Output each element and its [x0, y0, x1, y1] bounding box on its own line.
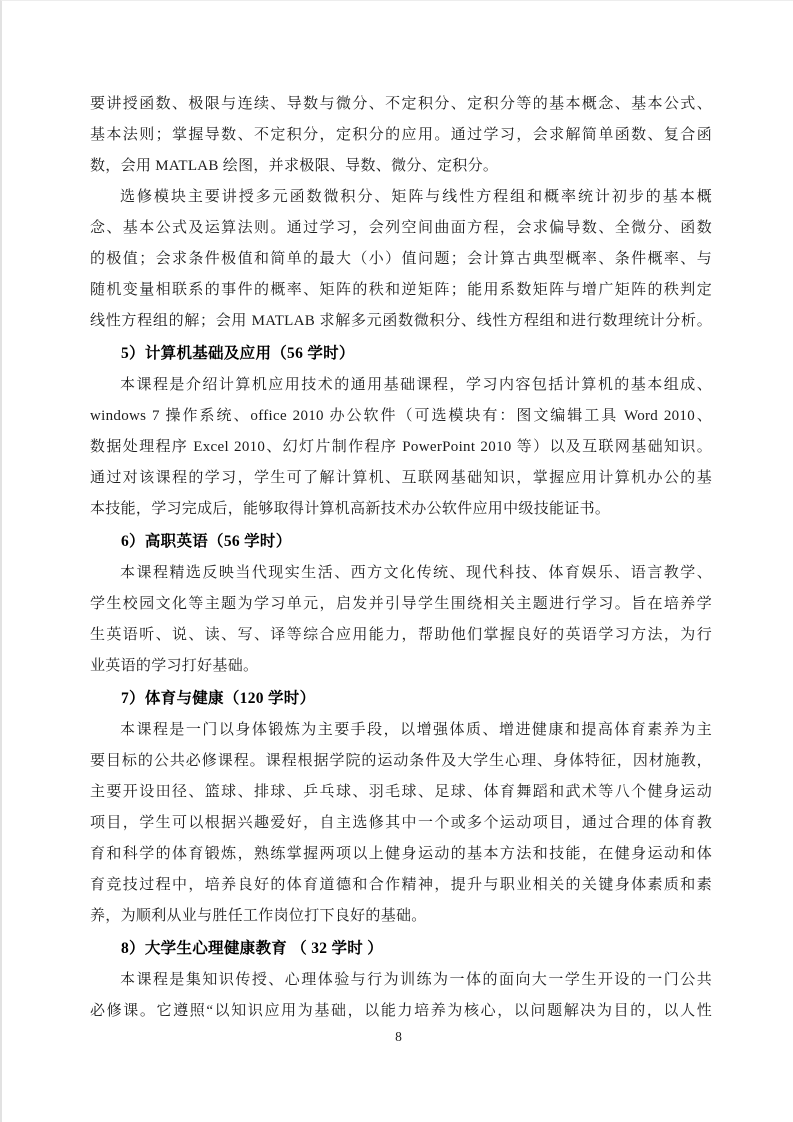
body-text-line: 线性方程组的解；会用 MATLAB 求解多元函数微积分、线性方程组和进行数理统计… [90, 306, 712, 337]
body-text-line: 通过对该课程的学习，学生可了解计算机、互联网基础知识，掌握应用计算机办公的基 [90, 463, 712, 494]
body-text-line: 主要开设田径、篮球、排球、乒乓球、羽毛球、足球、体育舞蹈和武术等八个健身运动 [90, 777, 712, 808]
body-text-line: 本课程是集知识传授、心理体验与行为训练为一体的面向大一学生开设的一门公共 [90, 965, 712, 996]
page-number: 8 [2, 1027, 793, 1047]
body-text-line: 基本法则；掌握导数、不定积分，定积分的应用。通过学习，会求解简单函数、复合函 [90, 120, 712, 151]
body-text-line: 育竞技过程中，培养良好的体育道德和合作精神，提升与职业相关的关键身体素质和素 [90, 870, 712, 901]
body-text-line: 养，为顺利从业与胜任工作岗位打下良好的基础。 [90, 901, 712, 932]
section-6-heading: 6）高职英语（56 学时） [90, 525, 712, 558]
body-text-line: 学生校园文化等主题为学习单元，启发并引导学生围绕相关主题进行学习。旨在培养学 [90, 589, 712, 620]
body-text-line: 念、基本公式及运算法则。通过学习，会列空间曲面方程，会求偏导数、全微分、函数 [90, 213, 712, 244]
body-text-line: 选修模块主要讲授多元函数微积分、矩阵与线性方程组和概率统计初步的基本概 [90, 182, 712, 213]
body-text-line: 本课程精选反映当代现实生活、西方文化传统、现代科技、体育娱乐、语言教学、 [90, 558, 712, 589]
page-body-text: 要讲授函数、极限与连续、导数与微分、不定积分、定积分等的基本概念、基本公式、 基… [90, 89, 712, 1027]
body-text-line: windows 7 操作系统、office 2010 办公软件（可选模块有：图文… [90, 401, 712, 432]
body-text-line: 生英语听、说、读、写、译等综合应用能力，帮助他们掌握良好的英语学习方法，为行 [90, 620, 712, 651]
body-text-line: 随机变量相联系的事件的概率、矩阵的秩和逆矩阵；能用系数矩阵与增广矩阵的秩判定 [90, 275, 712, 306]
document-page: 要讲授函数、极限与连续、导数与微分、不定积分、定积分等的基本概念、基本公式、 基… [0, 0, 793, 1122]
section-5-heading: 5）计算机基础及应用（56 学时） [90, 337, 712, 370]
body-text-line: 本课程是介绍计算机应用技术的通用基础课程，学习内容包括计算机的基本组成、 [90, 370, 712, 401]
body-text-line: 的极值；会求条件极值和简单的最大（小）值问题；会计算古典型概率、条件概率、与 [90, 244, 712, 275]
body-text-line: 数，会用 MATLAB 绘图，并求极限、导数、微分、定积分。 [90, 151, 712, 182]
body-text-line: 育和科学的体育锻炼，熟练掌握两项以上健身运动的基本方法和技能，在健身运动和体 [90, 839, 712, 870]
body-text-line: 本课程是一门以身体锻炼为主要手段，以增强体质、增进健康和提高体育素养为主 [90, 715, 712, 746]
body-text-line: 数据处理程序 Excel 2010、幻灯片制作程序 PowerPoint 201… [90, 432, 712, 463]
body-text-line: 要讲授函数、极限与连续、导数与微分、不定积分、定积分等的基本概念、基本公式、 [90, 89, 712, 120]
body-text-line: 本技能，学习完成后，能够取得计算机高新技术办公软件应用中级技能证书。 [90, 494, 712, 525]
body-text-line: 要目标的公共必修课程。课程根据学院的运动条件及大学生心理、身体特征，因材施教， [90, 746, 712, 777]
body-text-line: 必修课。它遵照“以知识应用为基础，以能力培养为核心，以问题解决为目的，以人性 [90, 996, 712, 1027]
body-text-line: 项目，学生可以根据兴趣爱好，自主选修其中一个或多个运动项目，通过合理的体育教 [90, 808, 712, 839]
section-8-heading: 8）大学生心理健康教育 （ 32 学时 ） [90, 932, 712, 965]
section-7-heading: 7）体育与健康（120 学时） [90, 682, 712, 715]
body-text-line: 业英语的学习打好基础。 [90, 651, 712, 682]
